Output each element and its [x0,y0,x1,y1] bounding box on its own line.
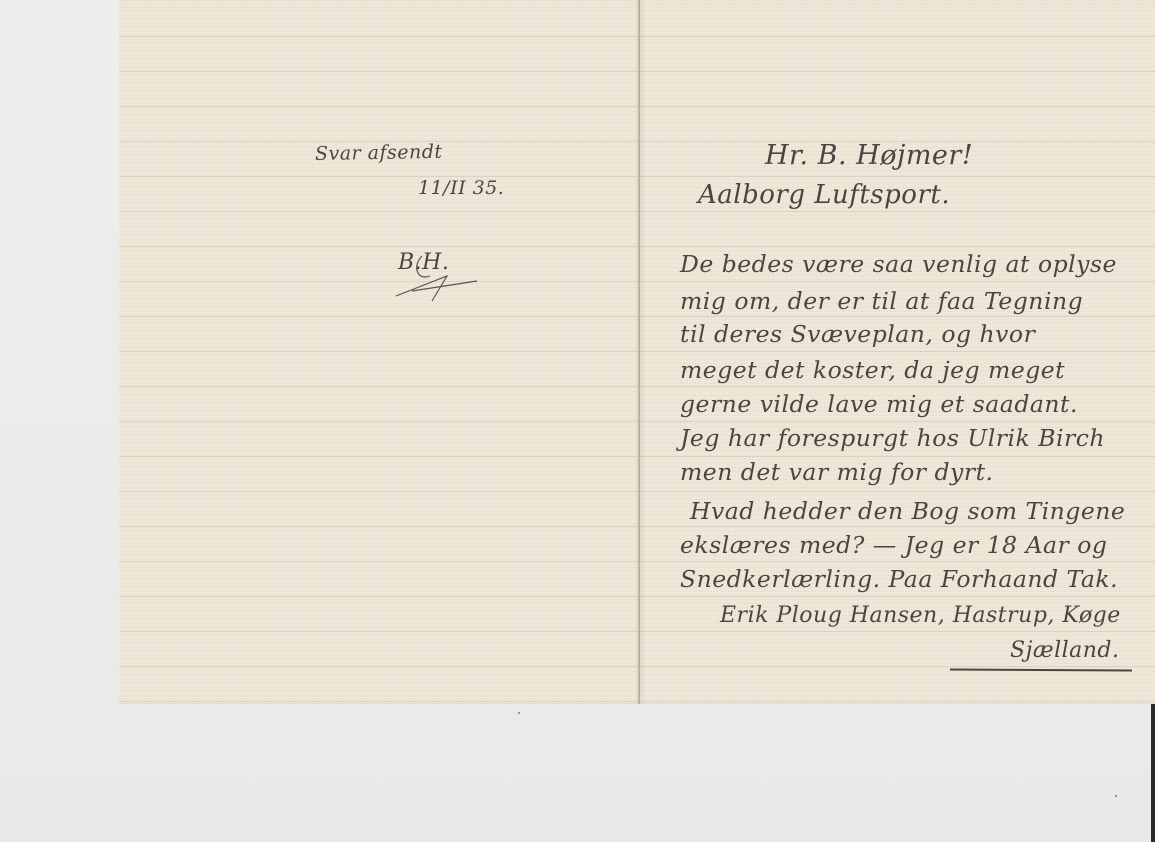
recipient-organization: Aalborg Luftsport. [698,180,950,210]
dust-speck [1115,795,1117,797]
reply-sent-date: 11/II 35. [418,177,504,199]
scanner-edge-shadow [1151,702,1155,842]
letter-body-line: meget det koster, da jeg meget [680,356,1065,384]
reply-sent-note: Svar afsendt [315,141,443,165]
letter-body-line: Jeg har forespurgt hos Ulrik Birch [680,424,1105,452]
page-fold [638,0,640,704]
reviewer-initials: B.H. [398,250,449,275]
letter-body-line: mig om, der er til at faa Tegning [680,287,1083,315]
letter-body-line: Hvad hedder den Bog som Tingene [690,497,1125,525]
sender-region: Sjælland. [1010,638,1120,663]
letter-body-line: Snedkerlærling. Paa Forhaand Tak. [680,565,1118,593]
letter-body-line: til deres Svæveplan, og hvor [680,320,1035,348]
letter-left-page [119,0,639,704]
letter-right-page [639,0,1155,704]
recipient-name: Hr. B. Højmer! [765,140,973,171]
letter-body-line: ekslæres med? — Jeg er 18 Aar og [680,531,1107,559]
letter-body-line: De bedes være saa venlig at oplyse [680,250,1117,278]
letter-body-line: gerne vilde lave mig et saadant. [680,390,1078,418]
dust-speck [518,712,520,714]
letter-body-line: men det var mig for dyrt. [680,458,993,486]
sender-signature: Erik Ploug Hansen, Hastrup, Køge [720,603,1121,628]
